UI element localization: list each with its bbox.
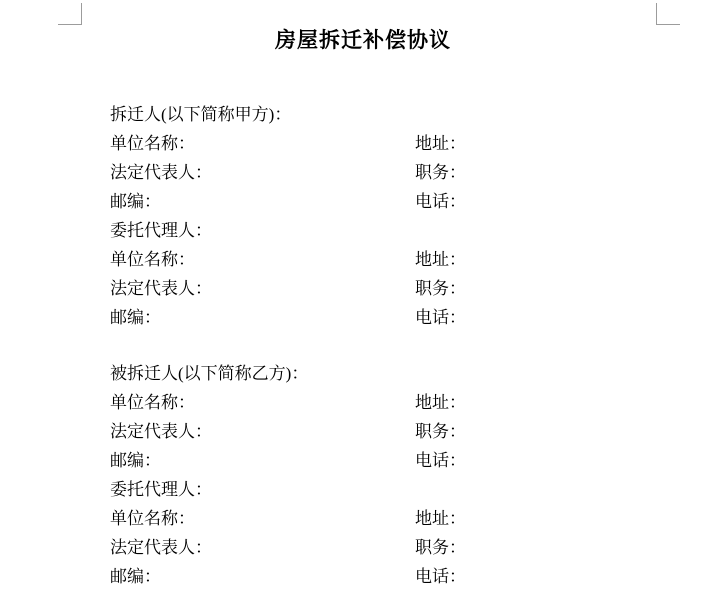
address-label: 地址： [415, 129, 710, 158]
unit-name-label: 单位名称： [110, 388, 415, 417]
zip-code-label: 邮编： [110, 562, 415, 591]
phone-label: 电话： [415, 303, 710, 332]
document-title: 房屋拆迁补偿协议 [0, 26, 726, 55]
job-title-label: 职务： [415, 533, 710, 562]
form-row: 邮编： 电话： [110, 446, 710, 475]
form-row: 单位名称： 地址： [110, 504, 710, 533]
form-row: 单位名称： 地址： [110, 245, 710, 274]
phone-label: 电话： [415, 446, 710, 475]
form-row: 邮编： 电话： [110, 303, 710, 332]
phone-label: 电话： [415, 562, 710, 591]
party-a-heading-label: 拆迁人(以下简称甲方)： [110, 100, 291, 129]
section-party-a-agent: 委托代理人： 单位名称： 地址： 法定代表人： 职务： 邮编： 电话： [110, 216, 710, 332]
text-boundary-mark-top-left-icon [58, 3, 82, 25]
job-title-label: 职务： [415, 417, 710, 446]
legal-rep-label: 法定代表人： [110, 158, 415, 187]
form-row: 邮编： 电话： [110, 187, 710, 216]
legal-rep-label: 法定代表人： [110, 274, 415, 303]
form-row: 邮编： 电话： [110, 562, 710, 591]
form-row: 法定代表人： 职务： [110, 274, 710, 303]
text-boundary-mark-top-right-icon [656, 3, 680, 25]
zip-code-label: 邮编： [110, 446, 415, 475]
unit-name-label: 单位名称： [110, 504, 415, 533]
form-row: 法定代表人： 职务： [110, 533, 710, 562]
job-title-label: 职务： [415, 274, 710, 303]
agent-heading-label: 委托代理人： [110, 475, 212, 504]
legal-rep-label: 法定代表人： [110, 533, 415, 562]
document-body: 拆迁人(以下简称甲方)： 单位名称： 地址： 法定代表人： 职务： 邮编： 电话… [110, 100, 710, 591]
section-party-a: 拆迁人(以下简称甲方)： 单位名称： 地址： 法定代表人： 职务： 邮编： 电话… [110, 100, 710, 216]
section-heading: 拆迁人(以下简称甲方)： [110, 100, 710, 129]
phone-label: 电话： [415, 187, 710, 216]
section-heading: 被拆迁人(以下简称乙方)： [110, 359, 710, 388]
unit-name-label: 单位名称： [110, 129, 415, 158]
form-row: 法定代表人： 职务： [110, 417, 710, 446]
document-page[interactable]: 房屋拆迁补偿协议 拆迁人(以下简称甲方)： 单位名称： 地址： 法定代表人： 职… [0, 0, 726, 591]
agent-heading-label: 委托代理人： [110, 216, 212, 245]
section-party-b-agent: 委托代理人： 单位名称： 地址： 法定代表人： 职务： 邮编： 电话： [110, 475, 710, 591]
legal-rep-label: 法定代表人： [110, 417, 415, 446]
section-party-b: 被拆迁人(以下简称乙方)： 单位名称： 地址： 法定代表人： 职务： 邮编： 电… [110, 359, 710, 475]
unit-name-label: 单位名称： [110, 245, 415, 274]
job-title-label: 职务： [415, 158, 710, 187]
section-heading: 委托代理人： [110, 475, 710, 504]
address-label: 地址： [415, 388, 710, 417]
address-label: 地址： [415, 504, 710, 533]
address-label: 地址： [415, 245, 710, 274]
form-row: 法定代表人： 职务： [110, 158, 710, 187]
zip-code-label: 邮编： [110, 303, 415, 332]
party-b-heading-label: 被拆迁人(以下简称乙方)： [110, 359, 308, 388]
section-heading: 委托代理人： [110, 216, 710, 245]
form-row: 单位名称： 地址： [110, 388, 710, 417]
zip-code-label: 邮编： [110, 187, 415, 216]
form-row: 单位名称： 地址： [110, 129, 710, 158]
